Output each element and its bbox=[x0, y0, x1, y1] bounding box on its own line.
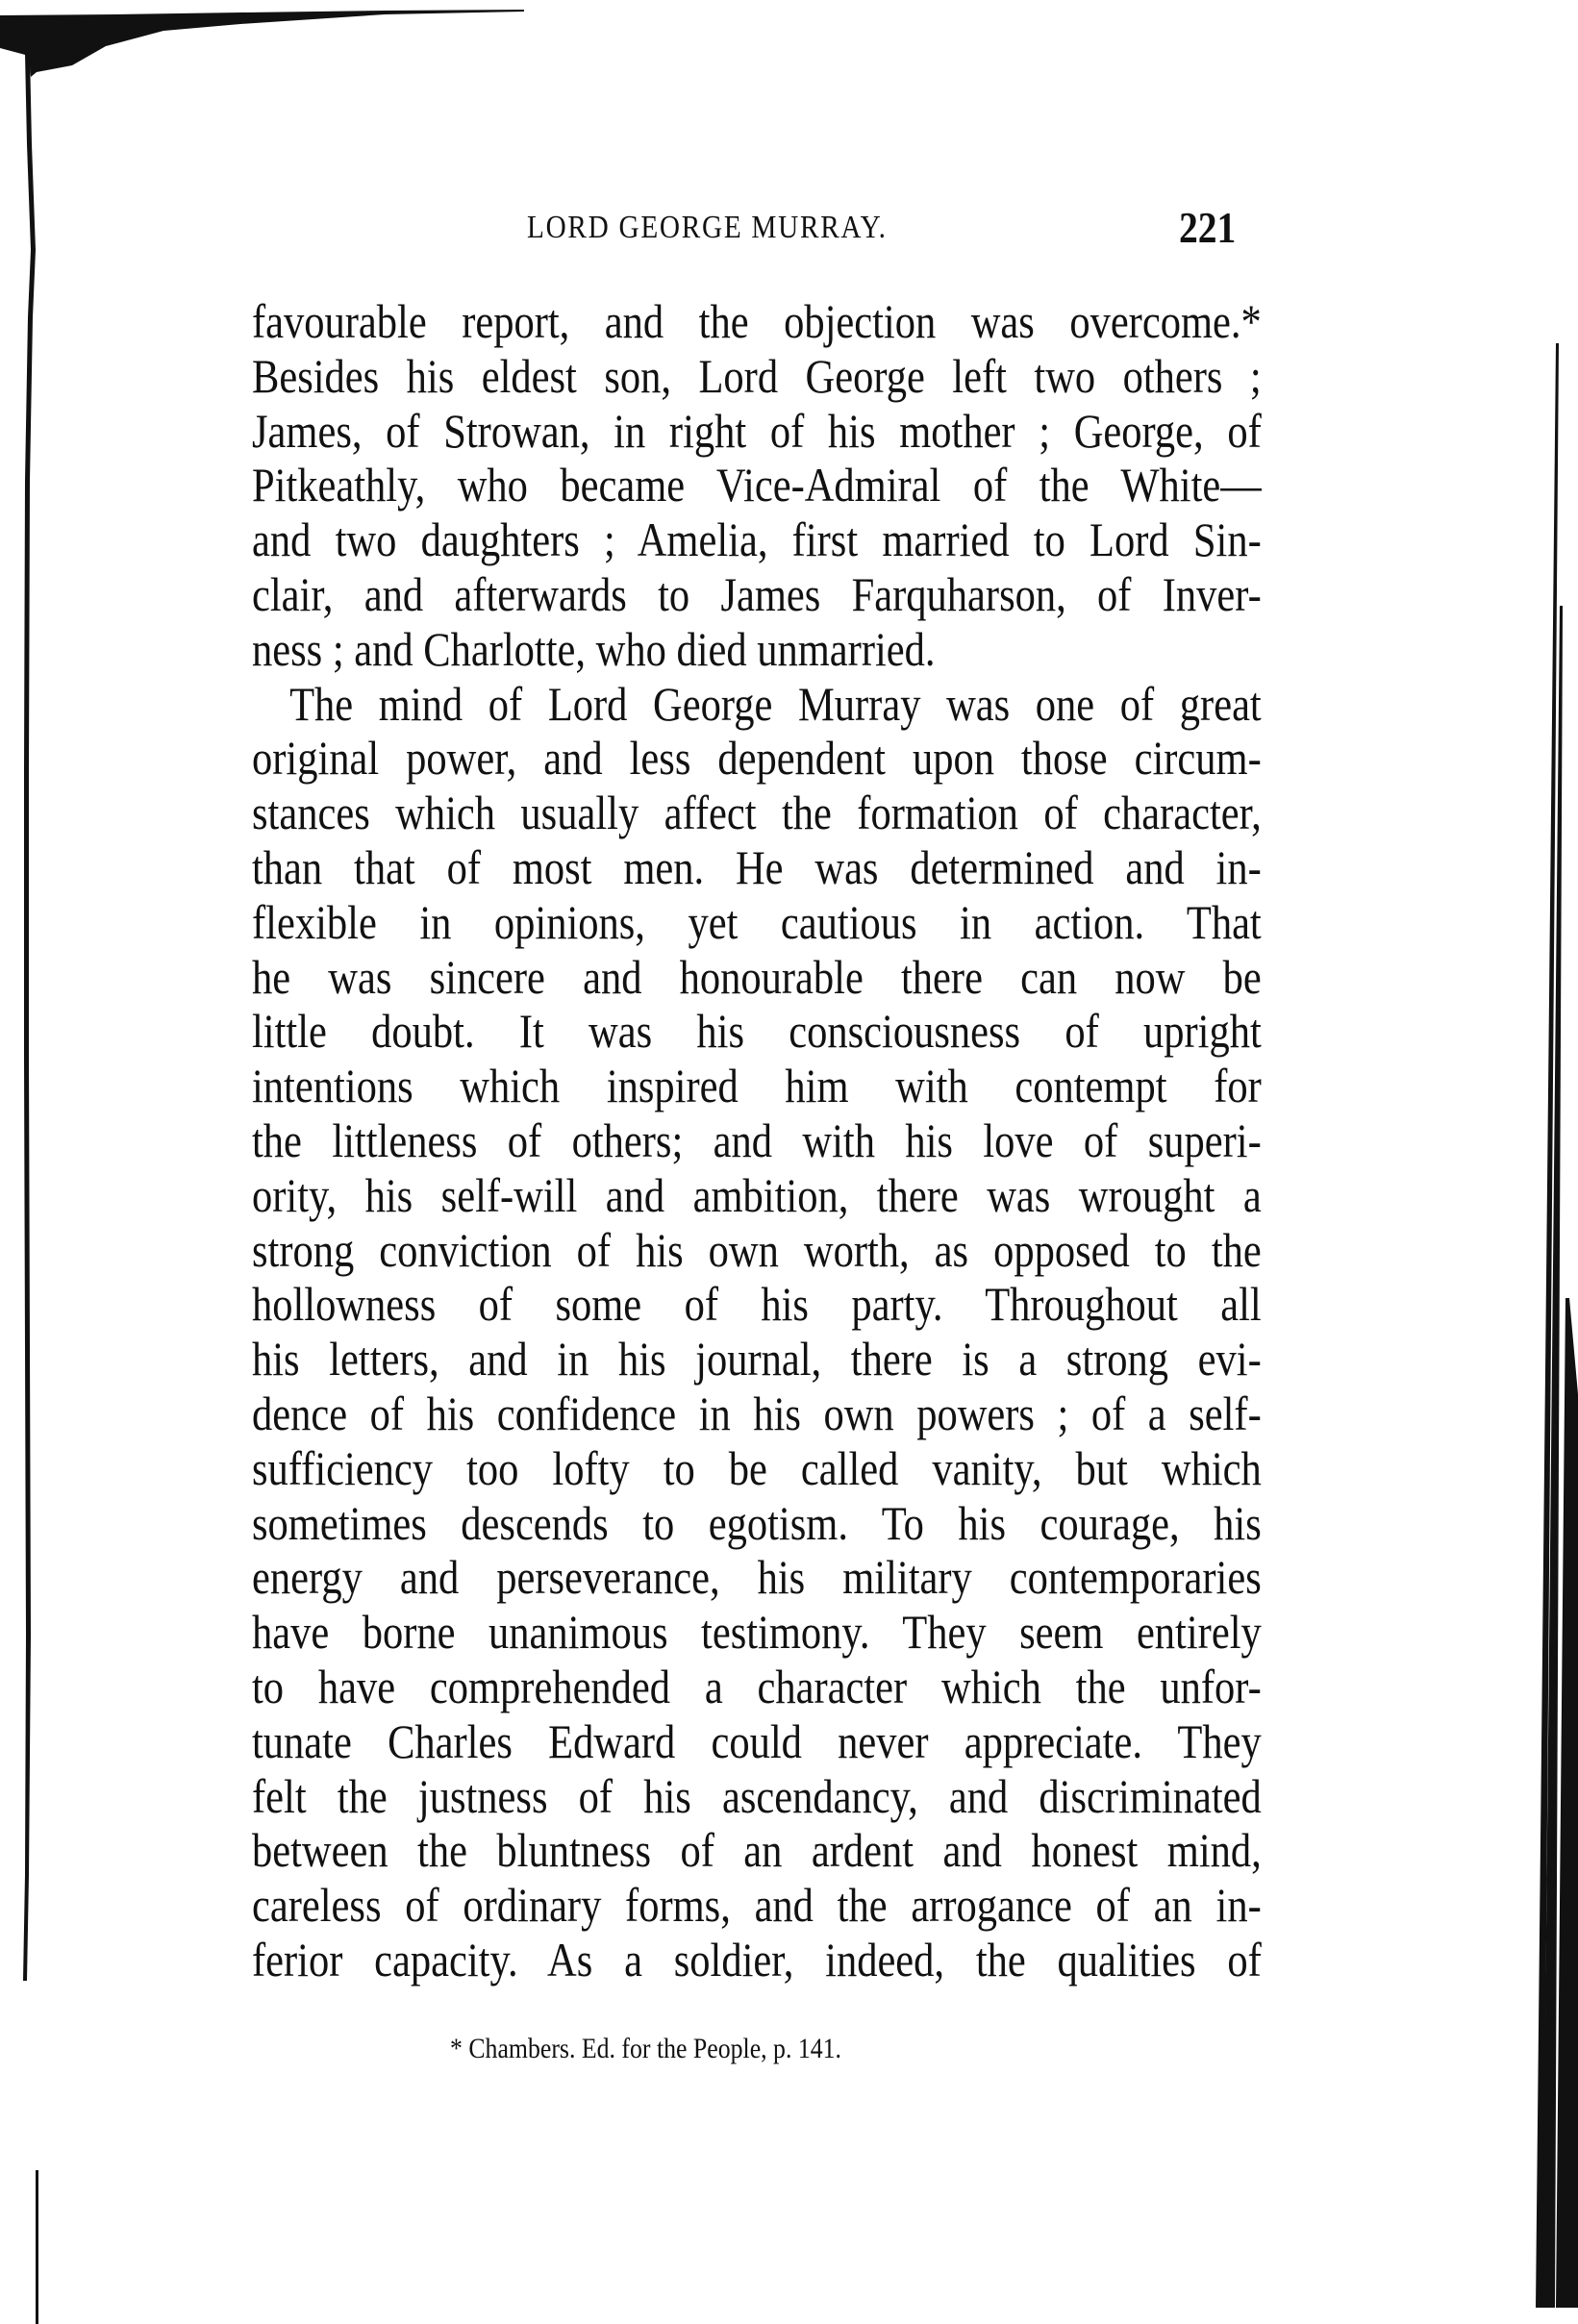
text-line: the littleness of others; and with his l… bbox=[252, 1113, 1262, 1168]
text-line: careless of ordinary forms, and the arro… bbox=[252, 1878, 1262, 1933]
text-line: Besides his eldest son, Lord George left… bbox=[252, 349, 1262, 404]
text-line: Pitkeathly, who became Vice-Admiral of t… bbox=[252, 458, 1262, 512]
text-line: tunate Charles Edward could never apprec… bbox=[252, 1714, 1262, 1769]
body-text: favourable report, and the objection was… bbox=[252, 294, 1262, 1987]
text-line: flexible in opinions, yet cautious in ac… bbox=[252, 895, 1262, 950]
text-line: favourable report, and the objection was… bbox=[252, 294, 1262, 349]
text-line: intentions which inspired him with conte… bbox=[252, 1059, 1262, 1113]
text-line: hollowness of some of his party. Through… bbox=[252, 1277, 1262, 1332]
text-line: and two daughters ; Amelia, first marrie… bbox=[252, 512, 1262, 567]
text-line: dence of his confidence in his own power… bbox=[252, 1387, 1262, 1441]
text-line: his letters, and in his journal, there i… bbox=[252, 1332, 1262, 1387]
top-left-shadow bbox=[0, 10, 524, 77]
text-line: stances which usually affect the formati… bbox=[252, 786, 1262, 840]
text-line: to have comprehended a character which t… bbox=[252, 1660, 1262, 1714]
text-line: original power, and less dependent upon … bbox=[252, 731, 1262, 786]
text-line: between the bluntness of an ardent and h… bbox=[252, 1823, 1262, 1878]
left-edge-line-lower bbox=[36, 2170, 38, 2324]
text-line: strong conviction of his own worth, as o… bbox=[252, 1223, 1262, 1278]
text-line: felt the justness of his ascendancy, and… bbox=[252, 1769, 1262, 1824]
text-line: than that of most men. He was determined… bbox=[252, 840, 1262, 895]
text-line: ness ; and Charlotte, who died unmarried… bbox=[252, 622, 1262, 677]
text-line: energy and perseverance, his military co… bbox=[252, 1550, 1262, 1605]
text-line: have borne unanimous testimony. They see… bbox=[252, 1605, 1262, 1660]
paragraph-2: The mind of Lord George Murray was one o… bbox=[252, 677, 1262, 1987]
right-edge-strip-3 bbox=[1556, 1298, 1578, 2308]
running-head: LORD GEORGE MURRAY. bbox=[527, 210, 888, 246]
text-line: he was sincere and honourable there can … bbox=[252, 950, 1262, 1005]
left-edge-line bbox=[23, 53, 36, 1981]
text-line: sometimes descends to egotism. To his co… bbox=[252, 1496, 1262, 1551]
text-line: little doubt. It was his consciousness o… bbox=[252, 1004, 1262, 1059]
text-line: ority, his self-will and ambition, there… bbox=[252, 1168, 1262, 1223]
page-number: 221 bbox=[1179, 202, 1236, 253]
text-line: The mind of Lord George Murray was one o… bbox=[252, 677, 1262, 732]
paragraph-1: favourable report, and the objection was… bbox=[252, 294, 1262, 677]
text-line: ferior capacity. As a soldier, indeed, t… bbox=[252, 1933, 1262, 1987]
text-line: clair, and afterwards to James Farquhars… bbox=[252, 567, 1262, 622]
footnote: * Chambers. Ed. for the People, p. 141. bbox=[450, 2033, 841, 2065]
text-line: James, of Strowan, in right of his mothe… bbox=[252, 404, 1262, 459]
text-line: sufficiency too lofty to be called vanit… bbox=[252, 1441, 1262, 1496]
